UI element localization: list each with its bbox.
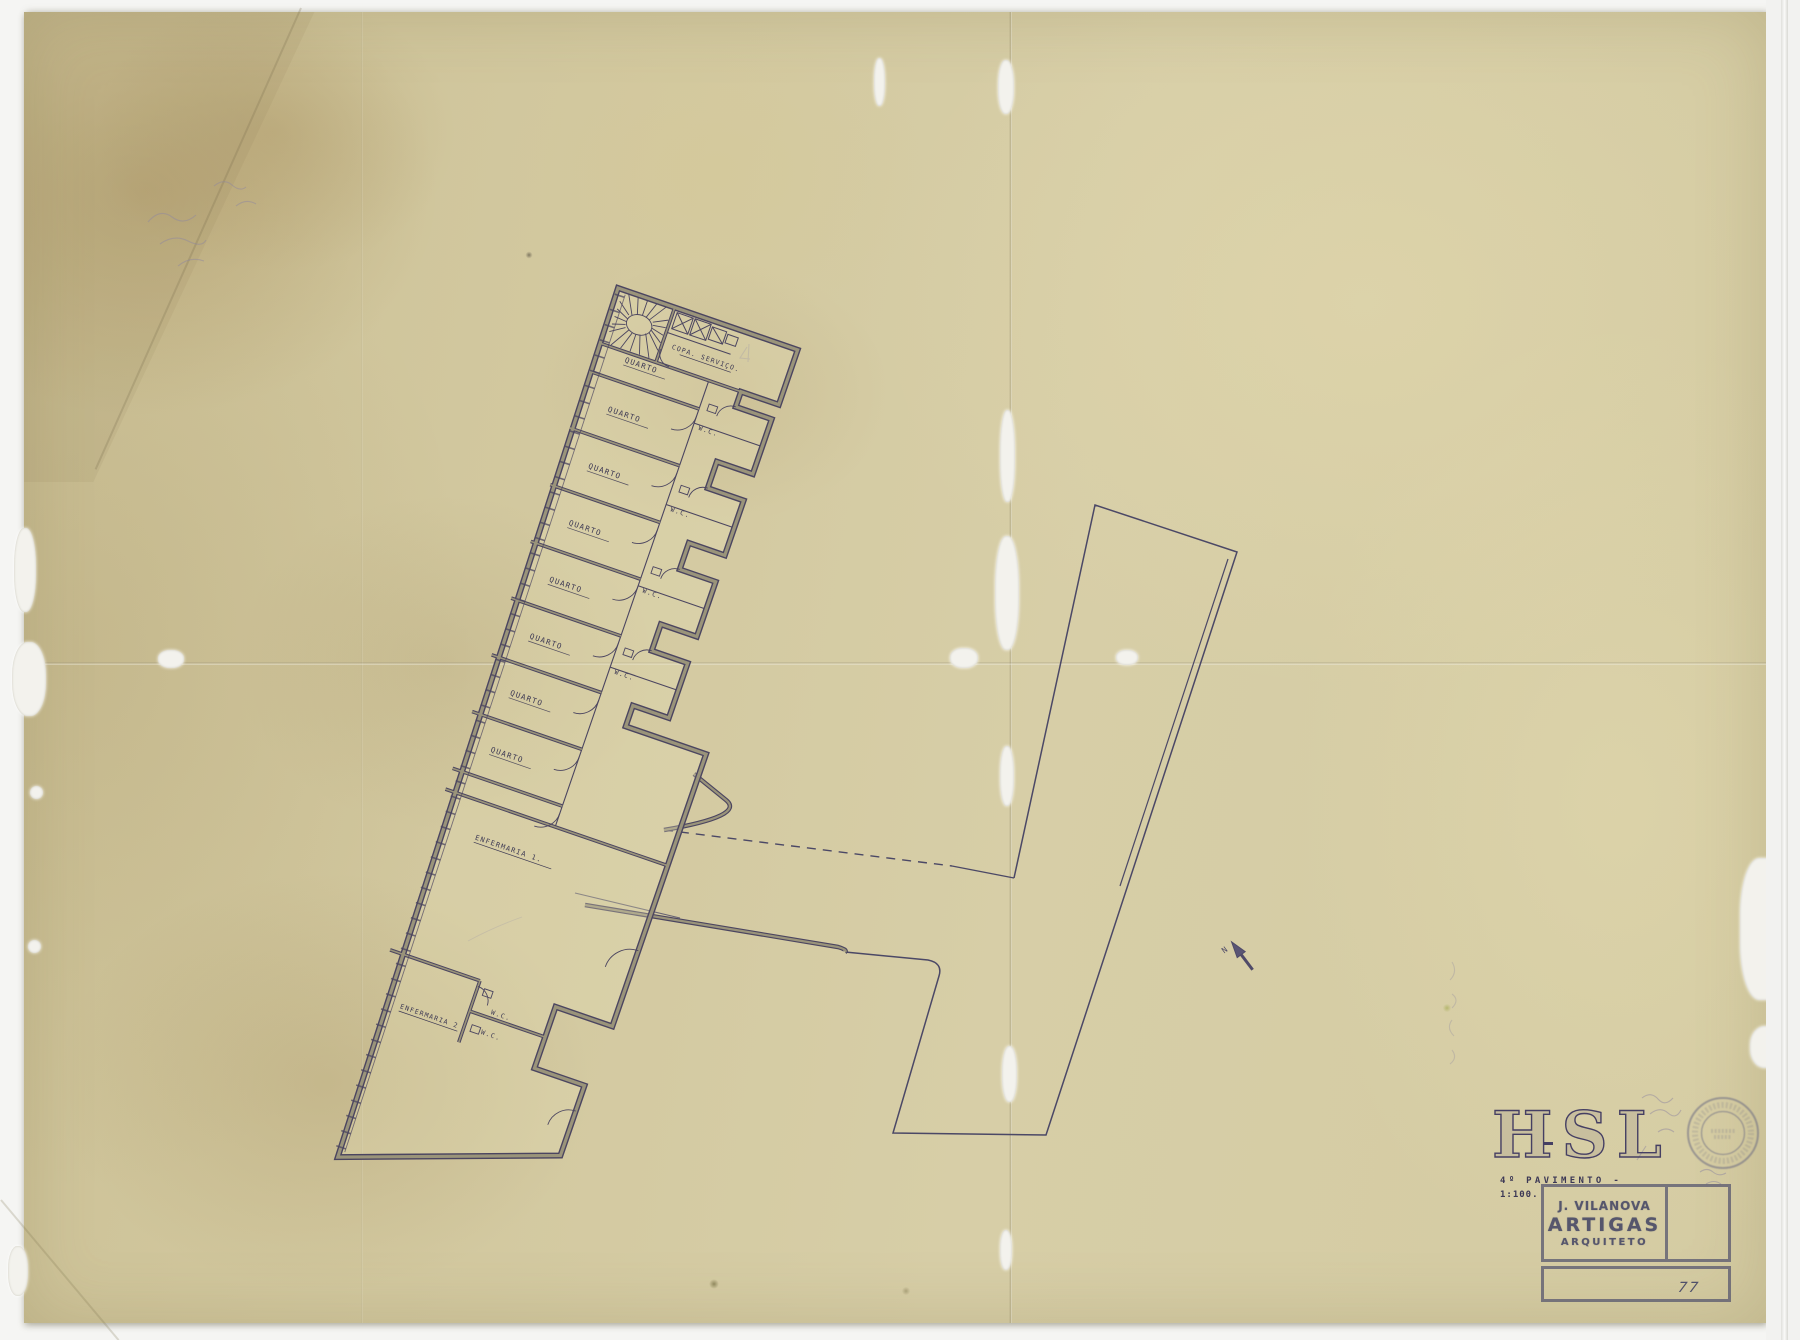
north-label: N [1220,945,1229,955]
sheet-number: 77 [1677,1280,1701,1296]
architect-stamp-box: J. VILANOVA ARTIGAS ARQUITETO [1541,1184,1731,1262]
paper-tear [1000,1230,1012,1270]
paper-tear [874,58,885,106]
architect-title: ARQUITETO [1561,1237,1648,1248]
punch-hole [30,786,43,799]
paper-tear [950,648,978,668]
sheet-number-box: 77 [1541,1266,1731,1302]
paper-tear [1000,410,1015,502]
architect-name-line1: J. VILANOVA [1558,1199,1651,1213]
paper-tear [158,650,184,668]
punch-hole [28,940,41,953]
scale-note: 1:100. [1500,1190,1539,1200]
paper-tear [998,60,1014,114]
title-dash [1544,1142,1553,1145]
stamp-empty-cell [1668,1187,1728,1259]
paper-tear [14,528,36,612]
paper-tear [995,536,1019,650]
north-arrow: N [1220,937,1257,977]
library-stamp [1688,1098,1758,1168]
paper-tear [8,1246,28,1296]
paper-tear [1116,650,1138,665]
paper-tear [1000,746,1014,806]
hospital-slab: COPA. SERVIÇO. QUARTO QUARTO QUARTO QUAR… [321,288,840,1228]
architect-stamp-text: J. VILANOVA ARTIGAS ARQUITETO [1544,1187,1668,1259]
architect-name-line2: ARTIGAS [1548,1214,1662,1236]
scanned-drawing-sheet: COPA. SERVIÇO. QUARTO QUARTO QUARTO QUAR… [0,0,1800,1340]
plastic-sleeve-edge [1781,0,1788,1340]
paper-tear [1002,1046,1017,1102]
paper-tear [12,642,46,716]
project-title-stencil: HSL [1492,1104,1671,1168]
